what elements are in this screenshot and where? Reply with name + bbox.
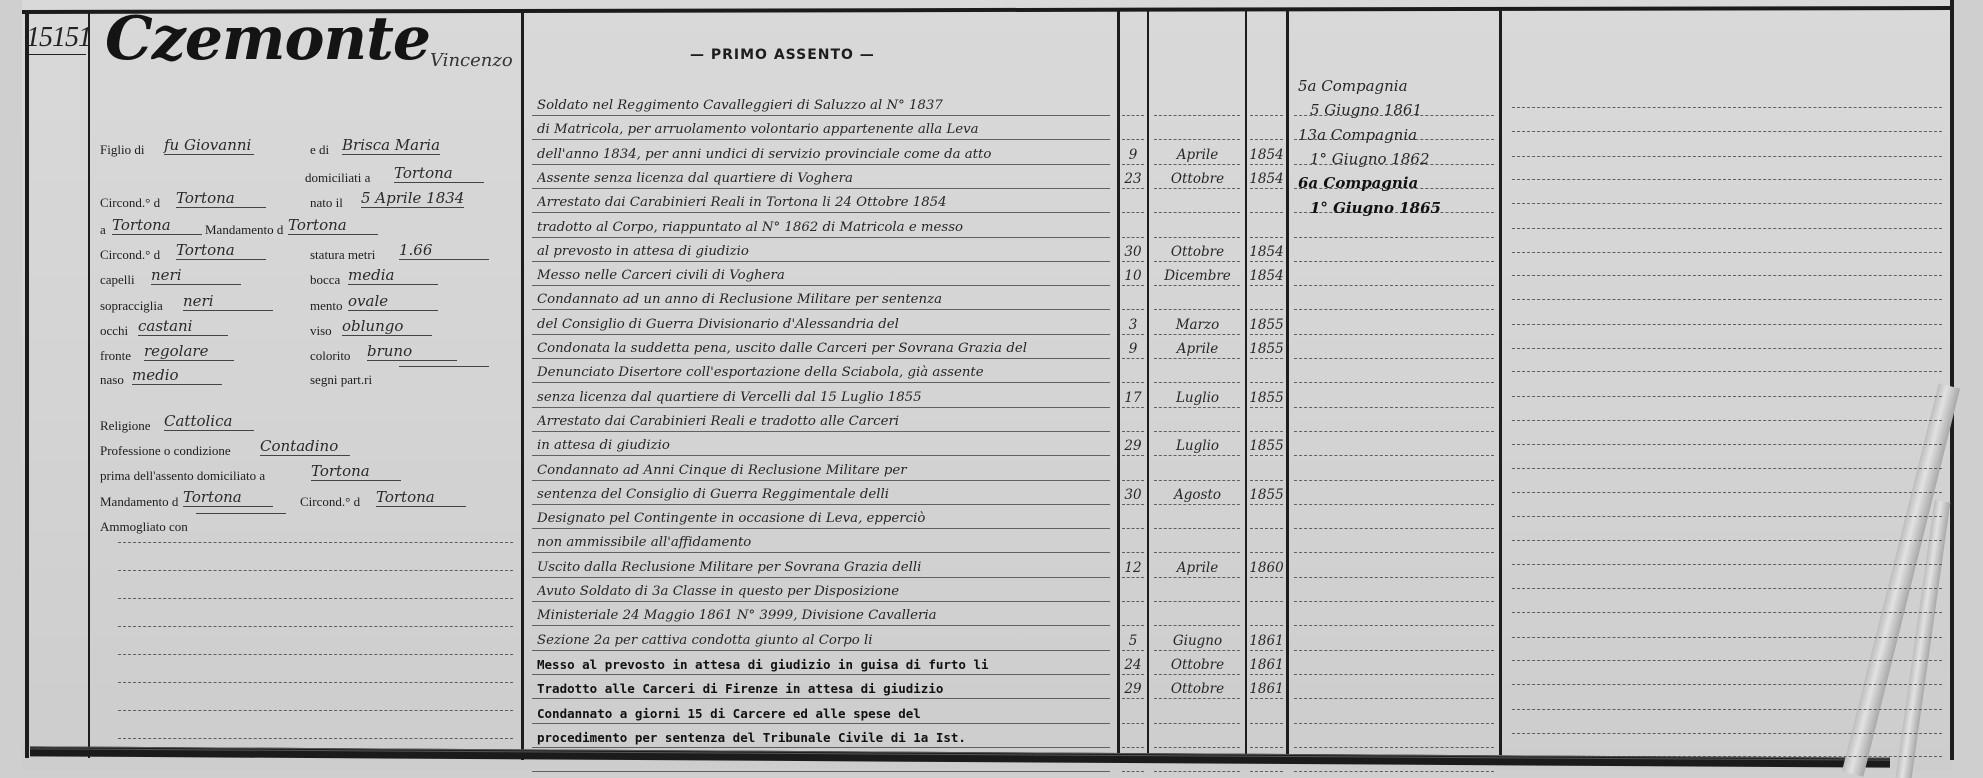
- service-entry: Messo al prevosto in attesa di giudizio …: [537, 654, 1112, 676]
- field-value: [399, 366, 489, 367]
- date-year: 1861: [1247, 654, 1286, 676]
- blank-rule: [118, 710, 513, 711]
- notes-rule: [1512, 709, 1942, 710]
- company-column-line: [1499, 10, 1502, 755]
- notes-rule: [1512, 131, 1942, 132]
- field-value: ovale: [348, 292, 438, 311]
- service-entry: Sezione 2a per cattiva condotta giunto a…: [537, 630, 1112, 652]
- service-entry: Tradotto alle Carceri di Firenze in atte…: [537, 678, 1112, 700]
- date-year: 1855: [1247, 338, 1286, 360]
- field-label: Mandamento d: [100, 494, 178, 510]
- company-rule: [1294, 455, 1494, 456]
- field-label: viso: [310, 323, 332, 339]
- notes-rule: [1512, 733, 1942, 734]
- month-rule: [1154, 723, 1240, 724]
- date-month: Agosto: [1150, 484, 1245, 506]
- field-label: Ammogliato con: [100, 519, 188, 535]
- notes-rule: [1512, 637, 1942, 638]
- day-rule: [1122, 723, 1144, 724]
- field-label: Figlio di: [100, 142, 144, 158]
- date-day: 3: [1119, 314, 1147, 336]
- date-year: 1854: [1247, 144, 1286, 166]
- field-label: a: [100, 222, 106, 238]
- year-rule: [1250, 480, 1283, 481]
- day-rule: [1122, 139, 1144, 140]
- blank-rule: [118, 738, 513, 739]
- service-entry: del Consiglio di Guerra Divisionario d'A…: [537, 314, 1112, 336]
- date-month: Aprile: [1150, 557, 1245, 579]
- year-rule: [1250, 139, 1283, 140]
- company-rule: [1294, 552, 1494, 553]
- notes-rule: [1512, 444, 1942, 445]
- service-entry: sentenza del Consiglio di Guerra Reggime…: [537, 484, 1112, 506]
- company-rule: [1294, 504, 1494, 505]
- company-rule: [1294, 528, 1494, 529]
- field-value: regolare: [144, 342, 234, 361]
- notes-rule: [1512, 420, 1942, 421]
- field-label: e di: [310, 142, 329, 158]
- field-value: oblungo: [342, 317, 432, 336]
- service-entry: Condannato a giorni 15 di Carcere ed all…: [537, 703, 1112, 725]
- date-year: 1854: [1247, 265, 1286, 287]
- day-rule: [1122, 552, 1144, 553]
- service-entry: Soldato nel Reggimento Cavalleggieri di …: [537, 95, 1112, 117]
- field-label: nato il: [310, 195, 343, 211]
- field-label: Religione: [100, 418, 151, 434]
- service-entry: Assente senza licenza dal quartiere di V…: [537, 168, 1112, 190]
- field-label: occhi: [100, 323, 128, 339]
- company-rule: [1294, 747, 1494, 748]
- company-rule: [1294, 334, 1494, 335]
- day-rule: [1122, 212, 1144, 213]
- field-value: Contadino: [260, 437, 350, 456]
- date-day: 24: [1119, 654, 1147, 676]
- notes-rule: [1512, 203, 1942, 204]
- service-entry: senza licenza dal quartiere di Vercelli …: [537, 387, 1112, 409]
- field-value: castani: [138, 317, 228, 336]
- field-label: Circond.° d: [300, 494, 360, 510]
- year-rule: [1250, 625, 1283, 626]
- day-rule: [1122, 431, 1144, 432]
- date-day: 30: [1119, 484, 1147, 506]
- date-year: 1854: [1247, 168, 1286, 190]
- date-year: 1855: [1247, 314, 1286, 336]
- service-entry: Condannato ad un anno di Reclusione Mili…: [537, 289, 1112, 311]
- service-entry: Arrestato dai Carabinieri Reali e tradot…: [537, 411, 1112, 433]
- blank-rule: [118, 598, 513, 599]
- date-month: Ottobre: [1150, 241, 1245, 263]
- month-rule: [1154, 309, 1240, 310]
- blank-rule: [118, 542, 513, 543]
- day-rule: [1122, 625, 1144, 626]
- service-entry: Avuto Soldato di 3a Classe in questo per…: [537, 581, 1112, 603]
- service-entry: Arrestato dai Carabinieri Reali in Torto…: [537, 192, 1112, 214]
- date-day: 10: [1119, 265, 1147, 287]
- field-label: statura metri: [310, 247, 375, 263]
- date-year: 1855: [1247, 435, 1286, 457]
- date-year: 1855: [1247, 387, 1286, 409]
- month-rule: [1154, 480, 1240, 481]
- date-day: 12: [1119, 557, 1147, 579]
- blank-rule: [118, 626, 513, 627]
- field-value: Tortona: [176, 189, 266, 208]
- notes-rule: [1512, 252, 1942, 253]
- service-entry: Condonata la suddetta pena, uscito dalle…: [537, 338, 1112, 360]
- first-name: Vincenzo: [430, 50, 513, 71]
- month-rule: [1154, 237, 1240, 238]
- date-month: Dicembre: [1150, 265, 1245, 287]
- service-entry: Uscito dalla Reclusione Militare per Sov…: [537, 557, 1112, 579]
- date-month: Ottobre: [1150, 654, 1245, 676]
- company-rule: [1294, 771, 1494, 772]
- day-column-line: [1147, 10, 1149, 762]
- field-label: prima dell'assento domiciliato a: [100, 468, 265, 484]
- notes-rule: [1512, 371, 1942, 372]
- date-month: Aprile: [1150, 338, 1245, 360]
- month-rule: [1154, 747, 1240, 748]
- date-day: 17: [1119, 387, 1147, 409]
- company-rule: [1294, 625, 1494, 626]
- service-entry: Condannato ad Anni Cinque di Reclusione …: [537, 460, 1112, 482]
- company-entry: 13a Compagnia: [1298, 124, 1493, 146]
- field-label: naso: [100, 372, 124, 388]
- year-rule: [1250, 771, 1283, 772]
- field-value: Tortona: [394, 164, 484, 183]
- day-rule: [1122, 309, 1144, 310]
- field-value: Brisca Maria: [342, 136, 440, 155]
- date-year: 1861: [1247, 630, 1286, 652]
- date-day: 29: [1119, 435, 1147, 457]
- notes-rule: [1512, 564, 1942, 565]
- company-entry: 6a Compagnia: [1298, 172, 1493, 194]
- year-rule: [1250, 723, 1283, 724]
- day-rule: [1122, 771, 1144, 772]
- company-rule: [1294, 431, 1494, 432]
- notes-rule: [1512, 468, 1942, 469]
- date-month: Ottobre: [1150, 168, 1245, 190]
- notes-rule: [1512, 179, 1942, 180]
- field-label: domiciliati a: [305, 170, 370, 186]
- company-rule: [1294, 261, 1494, 262]
- matricola-column-line: [88, 10, 90, 758]
- date-month: Giugno: [1150, 630, 1245, 652]
- notes-rule: [1512, 228, 1942, 229]
- notes-rule: [1512, 660, 1942, 661]
- date-day: 5: [1119, 630, 1147, 652]
- field-label: capelli: [100, 272, 135, 288]
- company-entry: 5a Compagnia: [1298, 75, 1493, 97]
- month-rule: [1154, 115, 1240, 116]
- date-month: Ottobre: [1150, 678, 1245, 700]
- notes-rule: [1512, 324, 1942, 325]
- field-label: fronte: [100, 348, 131, 364]
- day-rule: [1122, 601, 1144, 602]
- year-rule: [1250, 212, 1283, 213]
- field-label: colorito: [310, 348, 350, 364]
- company-rule: [1294, 382, 1494, 383]
- field-label: bocca: [310, 272, 340, 288]
- date-day: 9: [1119, 144, 1147, 166]
- month-rule: [1154, 382, 1240, 383]
- field-value: neri: [151, 266, 241, 285]
- date-day: 30: [1119, 241, 1147, 263]
- date-year: 1860: [1247, 557, 1286, 579]
- month-rule: [1154, 139, 1240, 140]
- notes-rule: [1512, 396, 1942, 397]
- date-day: 29: [1119, 678, 1147, 700]
- company-rule: [1294, 407, 1494, 408]
- year-rule: [1250, 115, 1283, 116]
- date-year: 1855: [1247, 484, 1286, 506]
- year-rule: [1250, 552, 1283, 553]
- day-rule: [1122, 480, 1144, 481]
- month-rule: [1154, 625, 1240, 626]
- notes-rule: [1512, 756, 1942, 757]
- service-entry: [537, 751, 1112, 773]
- company-rule: [1294, 650, 1494, 651]
- field-label: Circond.° d: [100, 195, 160, 211]
- date-month: Luglio: [1150, 435, 1245, 457]
- service-entry: al prevosto in attesa di giudizio: [537, 241, 1112, 263]
- field-value: Tortona: [376, 488, 466, 507]
- service-entry: dell'anno 1834, per anni undici di servi…: [537, 144, 1112, 166]
- field-value: 5 Aprile 1834: [361, 189, 464, 208]
- field-value: Cattolica: [164, 412, 254, 431]
- notes-rule: [1512, 516, 1942, 517]
- notes-rule: [1512, 540, 1942, 541]
- service-entry: Designato pel Contingente in occasione d…: [537, 508, 1112, 530]
- notes-rule: [1512, 156, 1942, 157]
- field-label: Professione o condizione: [100, 443, 231, 459]
- month-rule: [1154, 528, 1240, 529]
- date-year: 1861: [1247, 678, 1286, 700]
- section-title: — PRIMO ASSENTO —: [690, 47, 875, 63]
- date-day: 23: [1119, 168, 1147, 190]
- notes-rule: [1512, 684, 1942, 685]
- company-rule: [1294, 601, 1494, 602]
- notes-rule: [1512, 612, 1942, 613]
- field-value: [196, 513, 286, 514]
- field-value: Tortona: [183, 488, 273, 507]
- company-rule: [1294, 285, 1494, 286]
- service-entry: Ministeriale 24 Maggio 1861 N° 3999, Div…: [537, 605, 1112, 627]
- date-day: 9: [1119, 338, 1147, 360]
- year-rule: [1250, 747, 1283, 748]
- year-rule: [1250, 431, 1283, 432]
- day-rule: [1122, 747, 1144, 748]
- company-rule: [1294, 480, 1494, 481]
- service-entry: Messo nelle Carceri civili di Voghera: [537, 265, 1112, 287]
- notes-rule: [1512, 492, 1942, 493]
- date-year: 1854: [1247, 241, 1286, 263]
- year-rule: [1250, 601, 1283, 602]
- company-entry: 1° Giugno 1865: [1310, 197, 1505, 219]
- day-rule: [1122, 115, 1144, 116]
- day-rule: [1122, 237, 1144, 238]
- field-value: 1.66: [399, 241, 489, 260]
- personal-column-line: [521, 10, 524, 760]
- month-rule: [1154, 431, 1240, 432]
- field-value: medio: [132, 366, 222, 385]
- day-rule: [1122, 382, 1144, 383]
- notes-rule: [1512, 299, 1942, 300]
- field-label: segni part.ri: [310, 372, 372, 388]
- field-value: Tortona: [288, 216, 378, 235]
- company-rule: [1294, 237, 1494, 238]
- company-rule: [1294, 674, 1494, 675]
- field-label: mento: [310, 298, 343, 314]
- date-month: Aprile: [1150, 144, 1245, 166]
- field-value: media: [348, 266, 438, 285]
- service-entry: di Matricola, per arruolamento volontari…: [537, 119, 1112, 141]
- surname: Czemonte: [105, 4, 430, 74]
- month-rule: [1154, 212, 1240, 213]
- blank-rule: [118, 570, 513, 571]
- notes-rule: [1512, 348, 1942, 349]
- notes-rule: [1512, 275, 1942, 276]
- field-value: Tortona: [176, 241, 266, 260]
- blank-rule: [118, 682, 513, 683]
- company-rule: [1294, 309, 1494, 310]
- month-rule: [1154, 552, 1240, 553]
- year-column-line: [1286, 10, 1289, 762]
- month-rule: [1154, 601, 1240, 602]
- company-rule: [1294, 723, 1494, 724]
- matricola-number: 15151: [26, 22, 86, 55]
- date-month: Luglio: [1150, 387, 1245, 409]
- service-entry: tradotto al Corpo, riappuntato al N° 186…: [537, 217, 1112, 239]
- field-label: Mandamento d: [205, 222, 283, 238]
- company-rule: [1294, 577, 1494, 578]
- day-rule: [1122, 528, 1144, 529]
- field-label: sopracciglia: [100, 298, 163, 314]
- year-rule: [1250, 528, 1283, 529]
- company-rule: [1294, 698, 1494, 699]
- field-value: fu Giovanni: [164, 136, 254, 155]
- notes-rule: [1512, 107, 1942, 108]
- notes-rule: [1512, 588, 1942, 589]
- year-rule: [1250, 237, 1283, 238]
- field-value: Tortona: [112, 216, 202, 235]
- blank-rule: [118, 654, 513, 655]
- right-border-line: [1950, 0, 1954, 760]
- field-value: Tortona: [311, 462, 401, 481]
- service-entry: procedimento per sentenza del Tribunale …: [537, 727, 1112, 749]
- company-entry: 1° Giugno 1862: [1310, 148, 1505, 170]
- service-entry: non ammissibile all'affidamento: [537, 532, 1112, 554]
- company-entry: 5 Giugno 1861: [1310, 99, 1505, 121]
- year-rule: [1250, 382, 1283, 383]
- field-label: Circond.° d: [100, 247, 160, 263]
- date-month: Marzo: [1150, 314, 1245, 336]
- field-value: neri: [183, 292, 273, 311]
- year-rule: [1250, 309, 1283, 310]
- service-entry: in attesa di giudizio: [537, 435, 1112, 457]
- left-border-line: [25, 10, 29, 758]
- service-entry: Denunciato Disertore coll'esportazione d…: [537, 362, 1112, 384]
- month-rule: [1154, 771, 1240, 772]
- field-value: bruno: [367, 342, 457, 361]
- company-rule: [1294, 358, 1494, 359]
